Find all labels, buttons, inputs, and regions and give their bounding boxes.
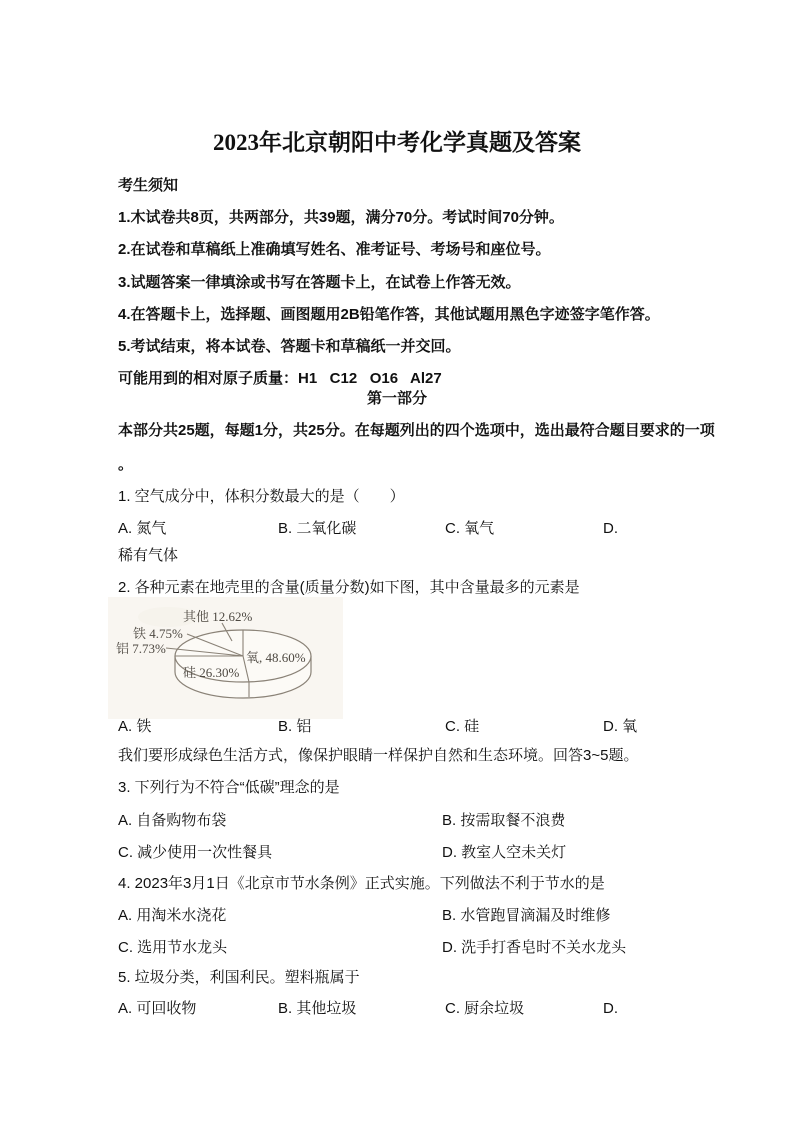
notice-item-2: 2.在试卷和草稿纸上准确填写姓名、准考证号、考场号和座位号。 xyxy=(118,240,680,260)
question-2-stem: 2. 各种元素在地壳里的含量(质量分数)如下图，其中含量最多的元素是 xyxy=(118,578,680,598)
option-a: A. 自备购物布袋 xyxy=(118,811,226,831)
option-b: B. 铝 xyxy=(278,717,311,737)
crust-elements-pie-chart: 其他 12.62% 铁 4.75% 铝 7.73% 硅 26.30% 氧, 48… xyxy=(108,597,343,719)
option-d: D. 氧 xyxy=(603,717,637,737)
option-c: C. 厨余垃圾 xyxy=(445,999,524,1019)
option-c: C. 硅 xyxy=(445,717,479,737)
notice-item-1: 1.木试卷共8页，共两部分，共39题，满分70分。考试时间70分钟。 xyxy=(118,208,680,228)
notice-heading: 考生须知 xyxy=(118,176,680,196)
option-d: D. xyxy=(603,999,618,1019)
option-c: C. 选用节水龙头 xyxy=(118,938,227,958)
atomic-mass-line: 可能用到的相对原子质量：H1 C12 O16 Al27 xyxy=(118,369,680,389)
question-5-options: A. 可回收物 B. 其他垃圾 C. 厨余垃圾 D. xyxy=(118,999,680,1119)
question-5-stem: 5. 垃圾分类，利国利民。塑料瓶属于 xyxy=(118,968,680,988)
option-a: A. 氮气 xyxy=(118,519,166,539)
question-1-stem: 1. 空气成分中，体积分数最大的是（ ） xyxy=(118,487,680,507)
pie-label-oxygen: 氧, 48.60% xyxy=(246,650,306,665)
pie-label-aluminum: 铝 7.73% xyxy=(116,641,166,656)
part1-heading: 第一部分 xyxy=(0,389,794,409)
option-d: D. 教室人空未关灯 xyxy=(442,843,566,863)
notice-item-3: 3.试题答案一律填涂或书写在答题卡上，在试卷上作答无效。 xyxy=(118,273,680,293)
notice-item-4: 4.在答题卡上，选择题、画图题用2B铅笔作答，其他试题用黑色字迹签字笔作答。 xyxy=(118,305,680,325)
question-1-option-d-overflow: 稀有气体 xyxy=(118,546,680,566)
option-b: B. 按需取餐不浪费 xyxy=(442,811,565,831)
question-3-stem: 3. 下列行为不符合“低碳”理念的是 xyxy=(118,778,680,798)
document-page: 2023年北京朝阳中考化学真题及答案 考生须知 1.木试卷共8页，共两部分，共3… xyxy=(0,0,794,1123)
part1-intro-overflow: 。 xyxy=(118,455,680,475)
notice-item-5: 5.考试结束，将本试卷、答题卡和草稿纸一并交回。 xyxy=(118,337,680,357)
pie-label-iron: 铁 4.75% xyxy=(133,626,183,641)
option-b: B. 其他垃圾 xyxy=(278,999,356,1019)
option-d: D. xyxy=(603,519,618,539)
option-a: A. 用淘米水浇花 xyxy=(118,906,226,926)
option-a: A. 可回收物 xyxy=(118,999,196,1019)
option-c: C. 减少使用一次性餐具 xyxy=(118,843,272,863)
option-b: B. 水管跑冒滴漏及时维修 xyxy=(442,906,610,926)
option-a: A. 铁 xyxy=(118,717,151,737)
question-4-stem: 4. 2023年3月1日《北京市节水条例》正式实施。下列做法不利于节水的是 xyxy=(118,874,680,894)
page-title: 2023年北京朝阳中考化学真题及答案 xyxy=(0,133,794,153)
part1-intro: 本部分共25题，每题1分，共25分。在每题列出的四个选项中，选出最符合题目要求的… xyxy=(118,421,680,441)
option-b: B. 二氧化碳 xyxy=(278,519,356,539)
pie-label-others: 其他 12.62% xyxy=(183,609,253,624)
pie-label-silicon: 硅 26.30% xyxy=(183,665,240,680)
option-d: D. 洗手打香皂时不关水龙头 xyxy=(442,938,626,958)
option-c: C. 氧气 xyxy=(445,519,494,539)
context-questions-3-5: 我们要形成绿色生活方式，像保护眼睛一样保护自然和生态环境。回答3~5题。 xyxy=(118,746,680,766)
